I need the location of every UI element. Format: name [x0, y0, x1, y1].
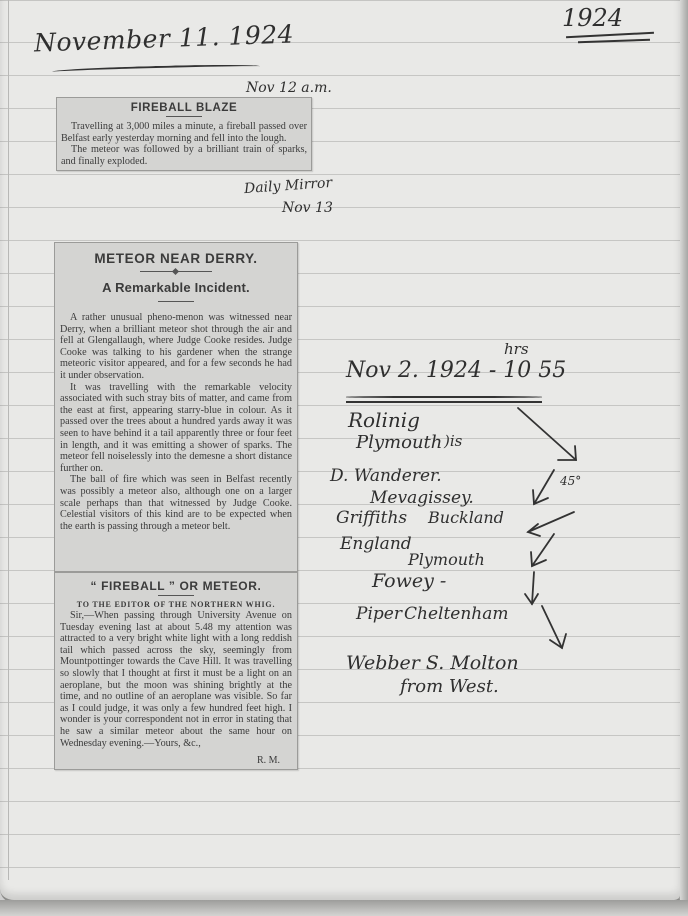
headline: “ FIREBALL ” OR METEOR. [60, 579, 292, 593]
observation-heading-underline [346, 396, 542, 398]
observer-place: Buckland [428, 508, 504, 527]
observer-name: Fowey - [372, 570, 446, 592]
paragraph: The ball of fire which was seen in Belfa… [60, 474, 292, 532]
observer-name: England [340, 534, 412, 554]
observer-place: Plymouth [356, 432, 442, 453]
observer-suffix: )is [444, 432, 462, 450]
source-date-annotation: Nov 13 [282, 200, 333, 216]
observer-name: Piper [356, 604, 402, 624]
page-margin-line [8, 0, 9, 880]
paragraph: It was travelling with the remarkable ve… [60, 382, 292, 475]
observer-place: from West. [400, 676, 499, 697]
annotation-time: Nov 12 a.m. [246, 80, 332, 96]
letter-signature: R. M. [60, 755, 292, 766]
subheadline: A Remarkable Incident. [60, 280, 292, 295]
observer-place: Mevagissey. [370, 488, 474, 508]
observation-heading-underline-second [346, 401, 542, 403]
paragraph: A rather unusual pheno-menon was witness… [60, 312, 292, 382]
page-edge-right [680, 0, 688, 916]
observer-place: Cheltenham [404, 604, 509, 624]
observer-place: Plymouth [408, 550, 485, 569]
handwritten-year: 1924 [562, 4, 623, 32]
clipping-fireball-blaze: FIREBALL BLAZE Travelling at 3,000 miles… [56, 97, 312, 171]
observation-heading: Nov 2. 1924 - 10 55 [346, 358, 566, 383]
angle-label: 45° [560, 474, 581, 488]
observer-name: D. Wanderer. [330, 466, 442, 486]
observer-name: Webber S. Molton [346, 652, 519, 674]
headline-rule [166, 116, 202, 117]
observer-name: Griffiths [336, 508, 407, 528]
paragraph: The meteor was followed by a brilliant t… [61, 144, 307, 167]
paragraph: Sir,—When passing through University Ave… [60, 610, 292, 749]
clipping-meteor-near-derry: METEOR NEAR DERRY. A Remarkable Incident… [54, 242, 298, 572]
observation-heading-suffix: hrs [504, 340, 529, 358]
letter-addressee: TO THE EDITOR OF THE NORTHERN WHIG. [60, 600, 292, 609]
headline: FIREBALL BLAZE [61, 102, 307, 114]
subheadline-rule [158, 301, 194, 302]
headline-rule [158, 595, 194, 596]
page-edge-bottom [0, 900, 688, 916]
headline: METEOR NEAR DERRY. [60, 251, 292, 266]
observer-name: Rolinig [348, 408, 420, 432]
clipping-fireball-or-meteor: “ FIREBALL ” OR METEOR. TO THE EDITOR OF… [54, 572, 298, 770]
paragraph: Travelling at 3,000 miles a minute, a fi… [61, 121, 307, 144]
headline-ornament-rule [140, 271, 212, 272]
